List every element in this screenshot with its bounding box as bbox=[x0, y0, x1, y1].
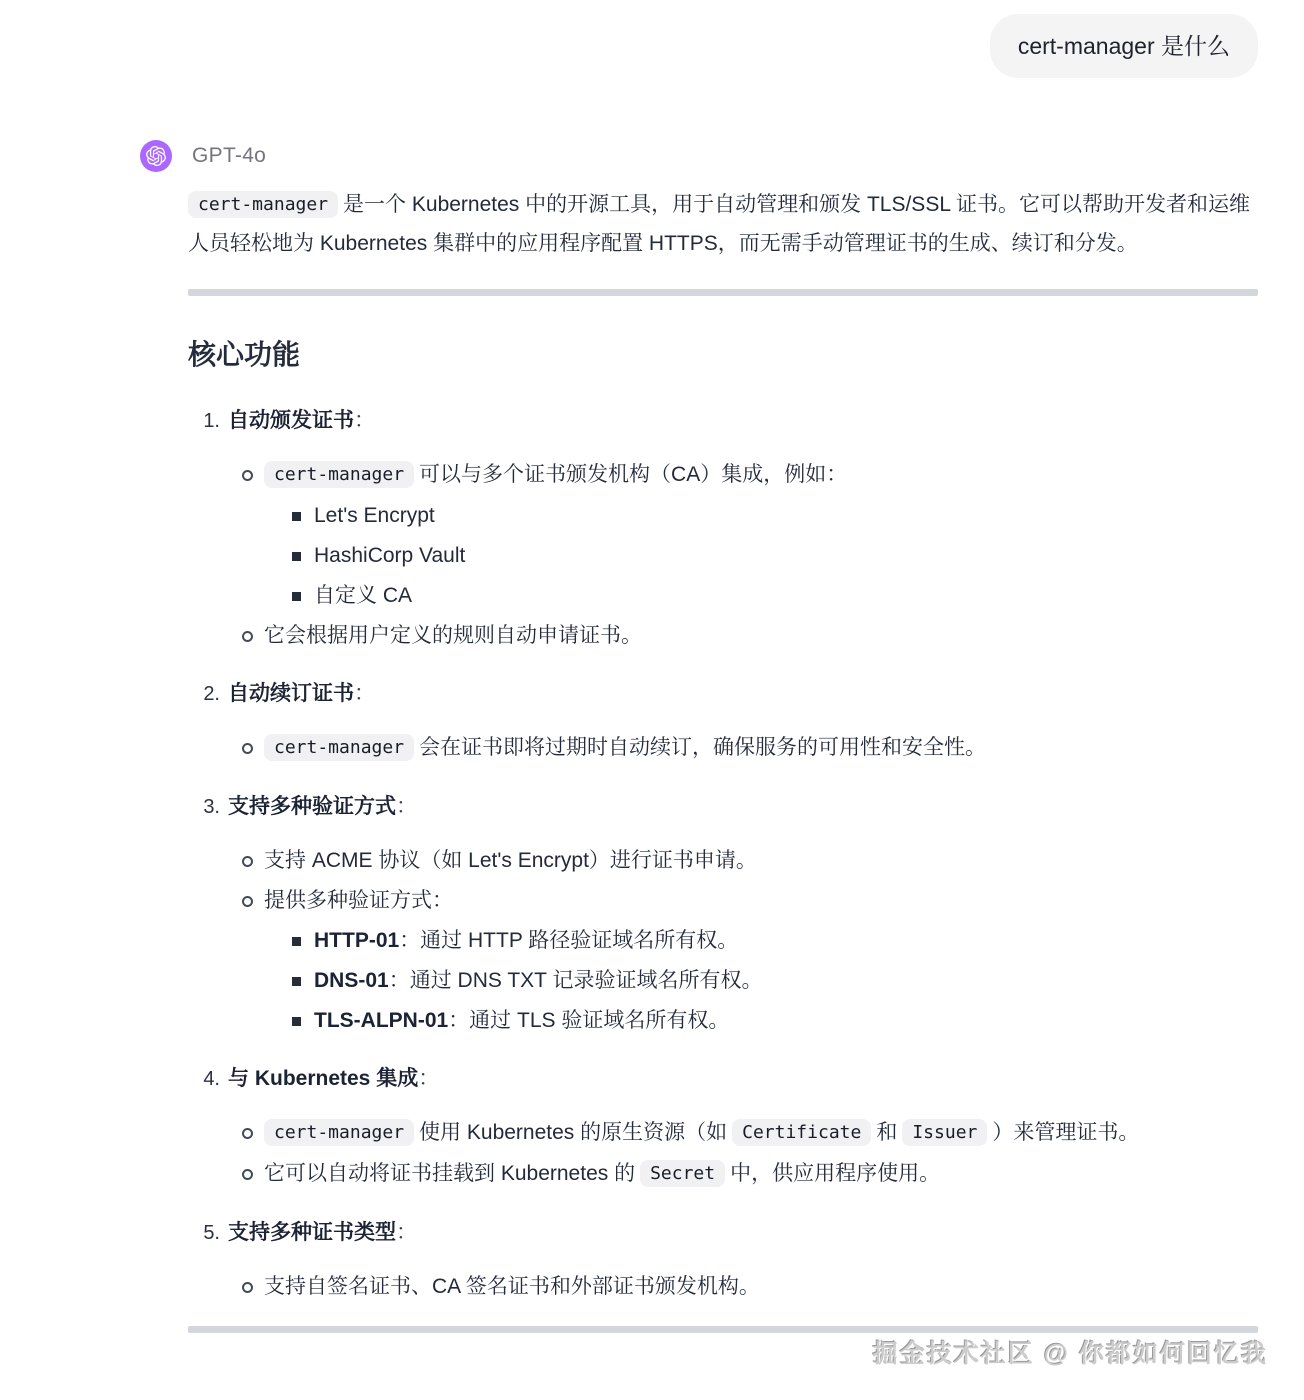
sub-list: cert-manager可以与多个证书颁发机构（CA）集成，例如： Let's … bbox=[242, 456, 1258, 655]
inline-code-chip: cert-manager bbox=[264, 734, 414, 761]
sub-list: 支持 ACME 协议（如 Let's Encrypt）进行证书申请。 提供多种验… bbox=[242, 842, 1258, 1040]
sub-bullet: cert-manager会在证书即将过期时自动续订，确保服务的可用性和安全性。 bbox=[242, 729, 1258, 768]
inline-code-chip: cert-manager bbox=[264, 1119, 414, 1146]
intro-text: 是一个 Kubernetes 中的开源工具，用于自动管理和颁发 TLS/SSL … bbox=[188, 193, 1250, 255]
list-item-1-title: 1.自动颁发证书： bbox=[188, 402, 1258, 440]
list-item-5: 5.支持多种证书类型： 支持自签名证书、CA 签名证书和外部证书颁发机构。 bbox=[188, 1214, 1258, 1306]
inline-code-chip: cert-manager bbox=[188, 191, 338, 218]
section-title: 核心功能 bbox=[188, 338, 1258, 372]
sub-sub-list: HTTP-01：通过 HTTP 路径验证域名所有权。 DNS-01：通过 DNS… bbox=[292, 922, 1258, 1040]
list-item-5-title: 5.支持多种证书类型： bbox=[188, 1214, 1258, 1252]
assistant-message: cert-manager是一个 Kubernetes 中的开源工具，用于自动管理… bbox=[188, 186, 1258, 1333]
sub-sub-bullet: TLS-ALPN-01：通过 TLS 验证域名所有权。 bbox=[292, 1002, 1258, 1040]
inline-code-chip: Issuer bbox=[902, 1119, 987, 1146]
list-item-4: 4.与 Kubernetes 集成： cert-manager使用 Kubern… bbox=[188, 1060, 1258, 1194]
sub-sub-bullet: 自定义 CA bbox=[292, 577, 1258, 615]
section-divider bbox=[188, 289, 1258, 296]
sub-bullet: cert-manager可以与多个证书颁发机构（CA）集成，例如： Let's … bbox=[242, 456, 1258, 615]
list-number: 3. bbox=[188, 788, 228, 826]
sub-bullet: 提供多种验证方式： HTTP-01：通过 HTTP 路径验证域名所有权。 DNS… bbox=[242, 882, 1258, 1040]
sub-list: cert-manager使用 Kubernetes 的原生资源（如Certifi… bbox=[242, 1114, 1258, 1194]
list-item-1: 1.自动颁发证书： cert-manager可以与多个证书颁发机构（CA）集成，… bbox=[188, 402, 1258, 655]
assistant-header: GPT-4o bbox=[140, 140, 1258, 172]
list-item-3: 3.支持多种验证方式： 支持 ACME 协议（如 Let's Encrypt）进… bbox=[188, 788, 1258, 1040]
list-number: 5. bbox=[188, 1214, 228, 1252]
feature-list: 1.自动颁发证书： cert-manager可以与多个证书颁发机构（CA）集成，… bbox=[188, 402, 1258, 1306]
list-item-2: 2.自动续订证书： cert-manager会在证书即将过期时自动续订，确保服务… bbox=[188, 675, 1258, 768]
sub-sub-bullet: DNS-01：通过 DNS TXT 记录验证域名所有权。 bbox=[292, 962, 1258, 1000]
chat-page: cert-manager 是什么 GPT-4o cert-manager是一个 … bbox=[0, 0, 1304, 1400]
list-number: 4. bbox=[188, 1060, 228, 1098]
user-message-bubble: cert-manager 是什么 bbox=[990, 14, 1258, 78]
list-item-2-title: 2.自动续订证书： bbox=[188, 675, 1258, 713]
openai-logo-icon bbox=[140, 140, 172, 172]
inline-code-chip: cert-manager bbox=[264, 461, 414, 488]
inline-code-chip: Secret bbox=[640, 1160, 725, 1187]
user-message-text: cert-manager 是什么 bbox=[1018, 33, 1230, 59]
bottom-divider bbox=[188, 1326, 1258, 1333]
sub-bullet: 支持 ACME 协议（如 Let's Encrypt）进行证书申请。 bbox=[242, 842, 1258, 880]
inline-code-chip: Certificate bbox=[732, 1119, 871, 1146]
list-number: 2. bbox=[188, 675, 228, 713]
list-item-4-title: 4.与 Kubernetes 集成： bbox=[188, 1060, 1258, 1098]
sub-bullet: 它可以自动将证书挂载到 Kubernetes 的Secret中，供应用程序使用。 bbox=[242, 1155, 1258, 1194]
watermark-text: 掘金技术社区 @ 你都如何回忆我 bbox=[873, 1334, 1268, 1370]
sub-list: cert-manager会在证书即将过期时自动续订，确保服务的可用性和安全性。 bbox=[242, 729, 1258, 768]
sub-sub-bullet: HTTP-01：通过 HTTP 路径验证域名所有权。 bbox=[292, 922, 1258, 960]
sub-sub-list: Let's Encrypt HashiCorp Vault 自定义 CA bbox=[292, 497, 1258, 615]
sub-bullet: cert-manager使用 Kubernetes 的原生资源（如Certifi… bbox=[242, 1114, 1258, 1153]
intro-paragraph: cert-manager是一个 Kubernetes 中的开源工具，用于自动管理… bbox=[188, 186, 1258, 263]
sub-sub-bullet: HashiCorp Vault bbox=[292, 537, 1258, 575]
sub-bullet: 支持自签名证书、CA 签名证书和外部证书颁发机构。 bbox=[242, 1268, 1258, 1306]
sub-bullet: 它会根据用户定义的规则自动申请证书。 bbox=[242, 617, 1258, 655]
sub-list: 支持自签名证书、CA 签名证书和外部证书颁发机构。 bbox=[242, 1268, 1258, 1306]
model-label: GPT-4o bbox=[192, 144, 266, 168]
sub-sub-bullet: Let's Encrypt bbox=[292, 497, 1258, 535]
list-number: 1. bbox=[188, 402, 228, 440]
user-message-row: cert-manager 是什么 bbox=[140, 14, 1258, 78]
list-item-3-title: 3.支持多种验证方式： bbox=[188, 788, 1258, 826]
